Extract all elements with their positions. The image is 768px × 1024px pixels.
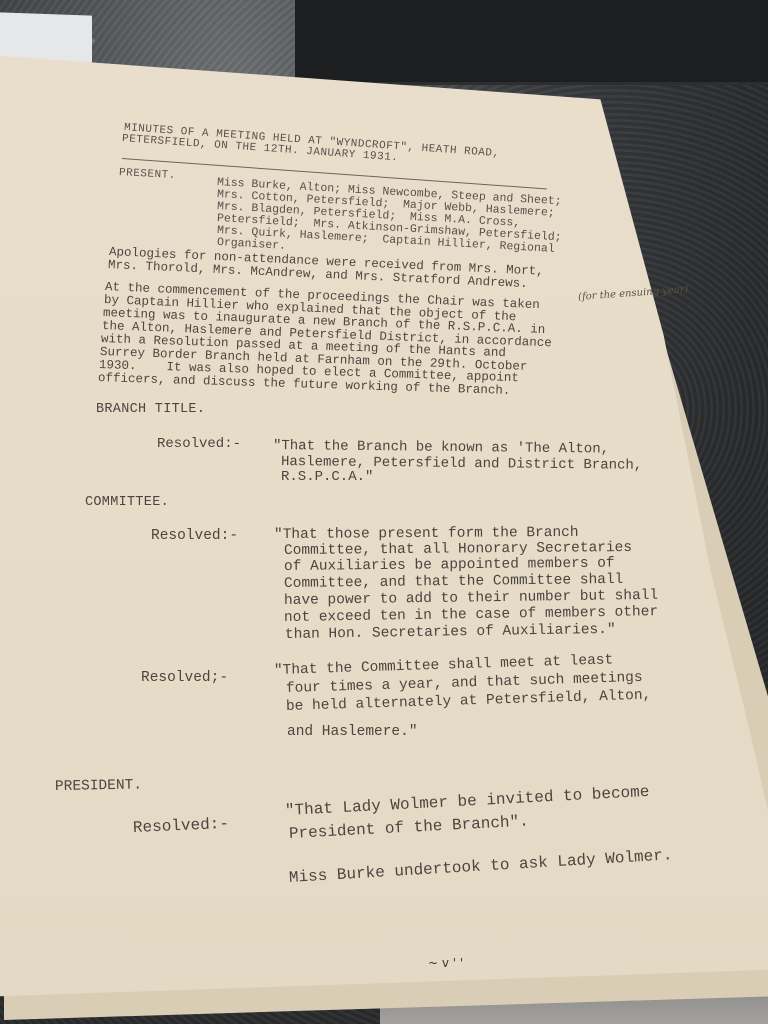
- resolved-label: Resolved:-: [157, 436, 241, 452]
- present-label: PRESENT.: [119, 167, 176, 182]
- resolution-line: "That Lady Wolmer be invited to become: [285, 783, 650, 820]
- resolved-label: Resolved:-: [133, 815, 230, 837]
- section-heading-branch-title: BRANCH TITLE.: [96, 402, 205, 417]
- president-note: Miss Burke undertook to ask Lady Wolmer.: [288, 846, 672, 887]
- handwritten-annotation: (for the ensuing year): [578, 284, 689, 303]
- minutes-document: MINUTES OF A MEETING HELD AT "WYNDCROFT"…: [0, 0, 768, 1024]
- resolution-line: and Haslemere.": [287, 724, 418, 740]
- resolution-line: R.S.P.C.A.": [281, 469, 373, 485]
- footer-pencil-marks: ~ v ' ': [428, 956, 463, 970]
- section-heading-president: PRESIDENT.: [55, 777, 142, 795]
- section-heading-committee: COMMITTEE.: [85, 495, 169, 510]
- resolved-label: Resolved:-: [151, 528, 238, 544]
- resolved-label: Resolved;-: [141, 670, 228, 686]
